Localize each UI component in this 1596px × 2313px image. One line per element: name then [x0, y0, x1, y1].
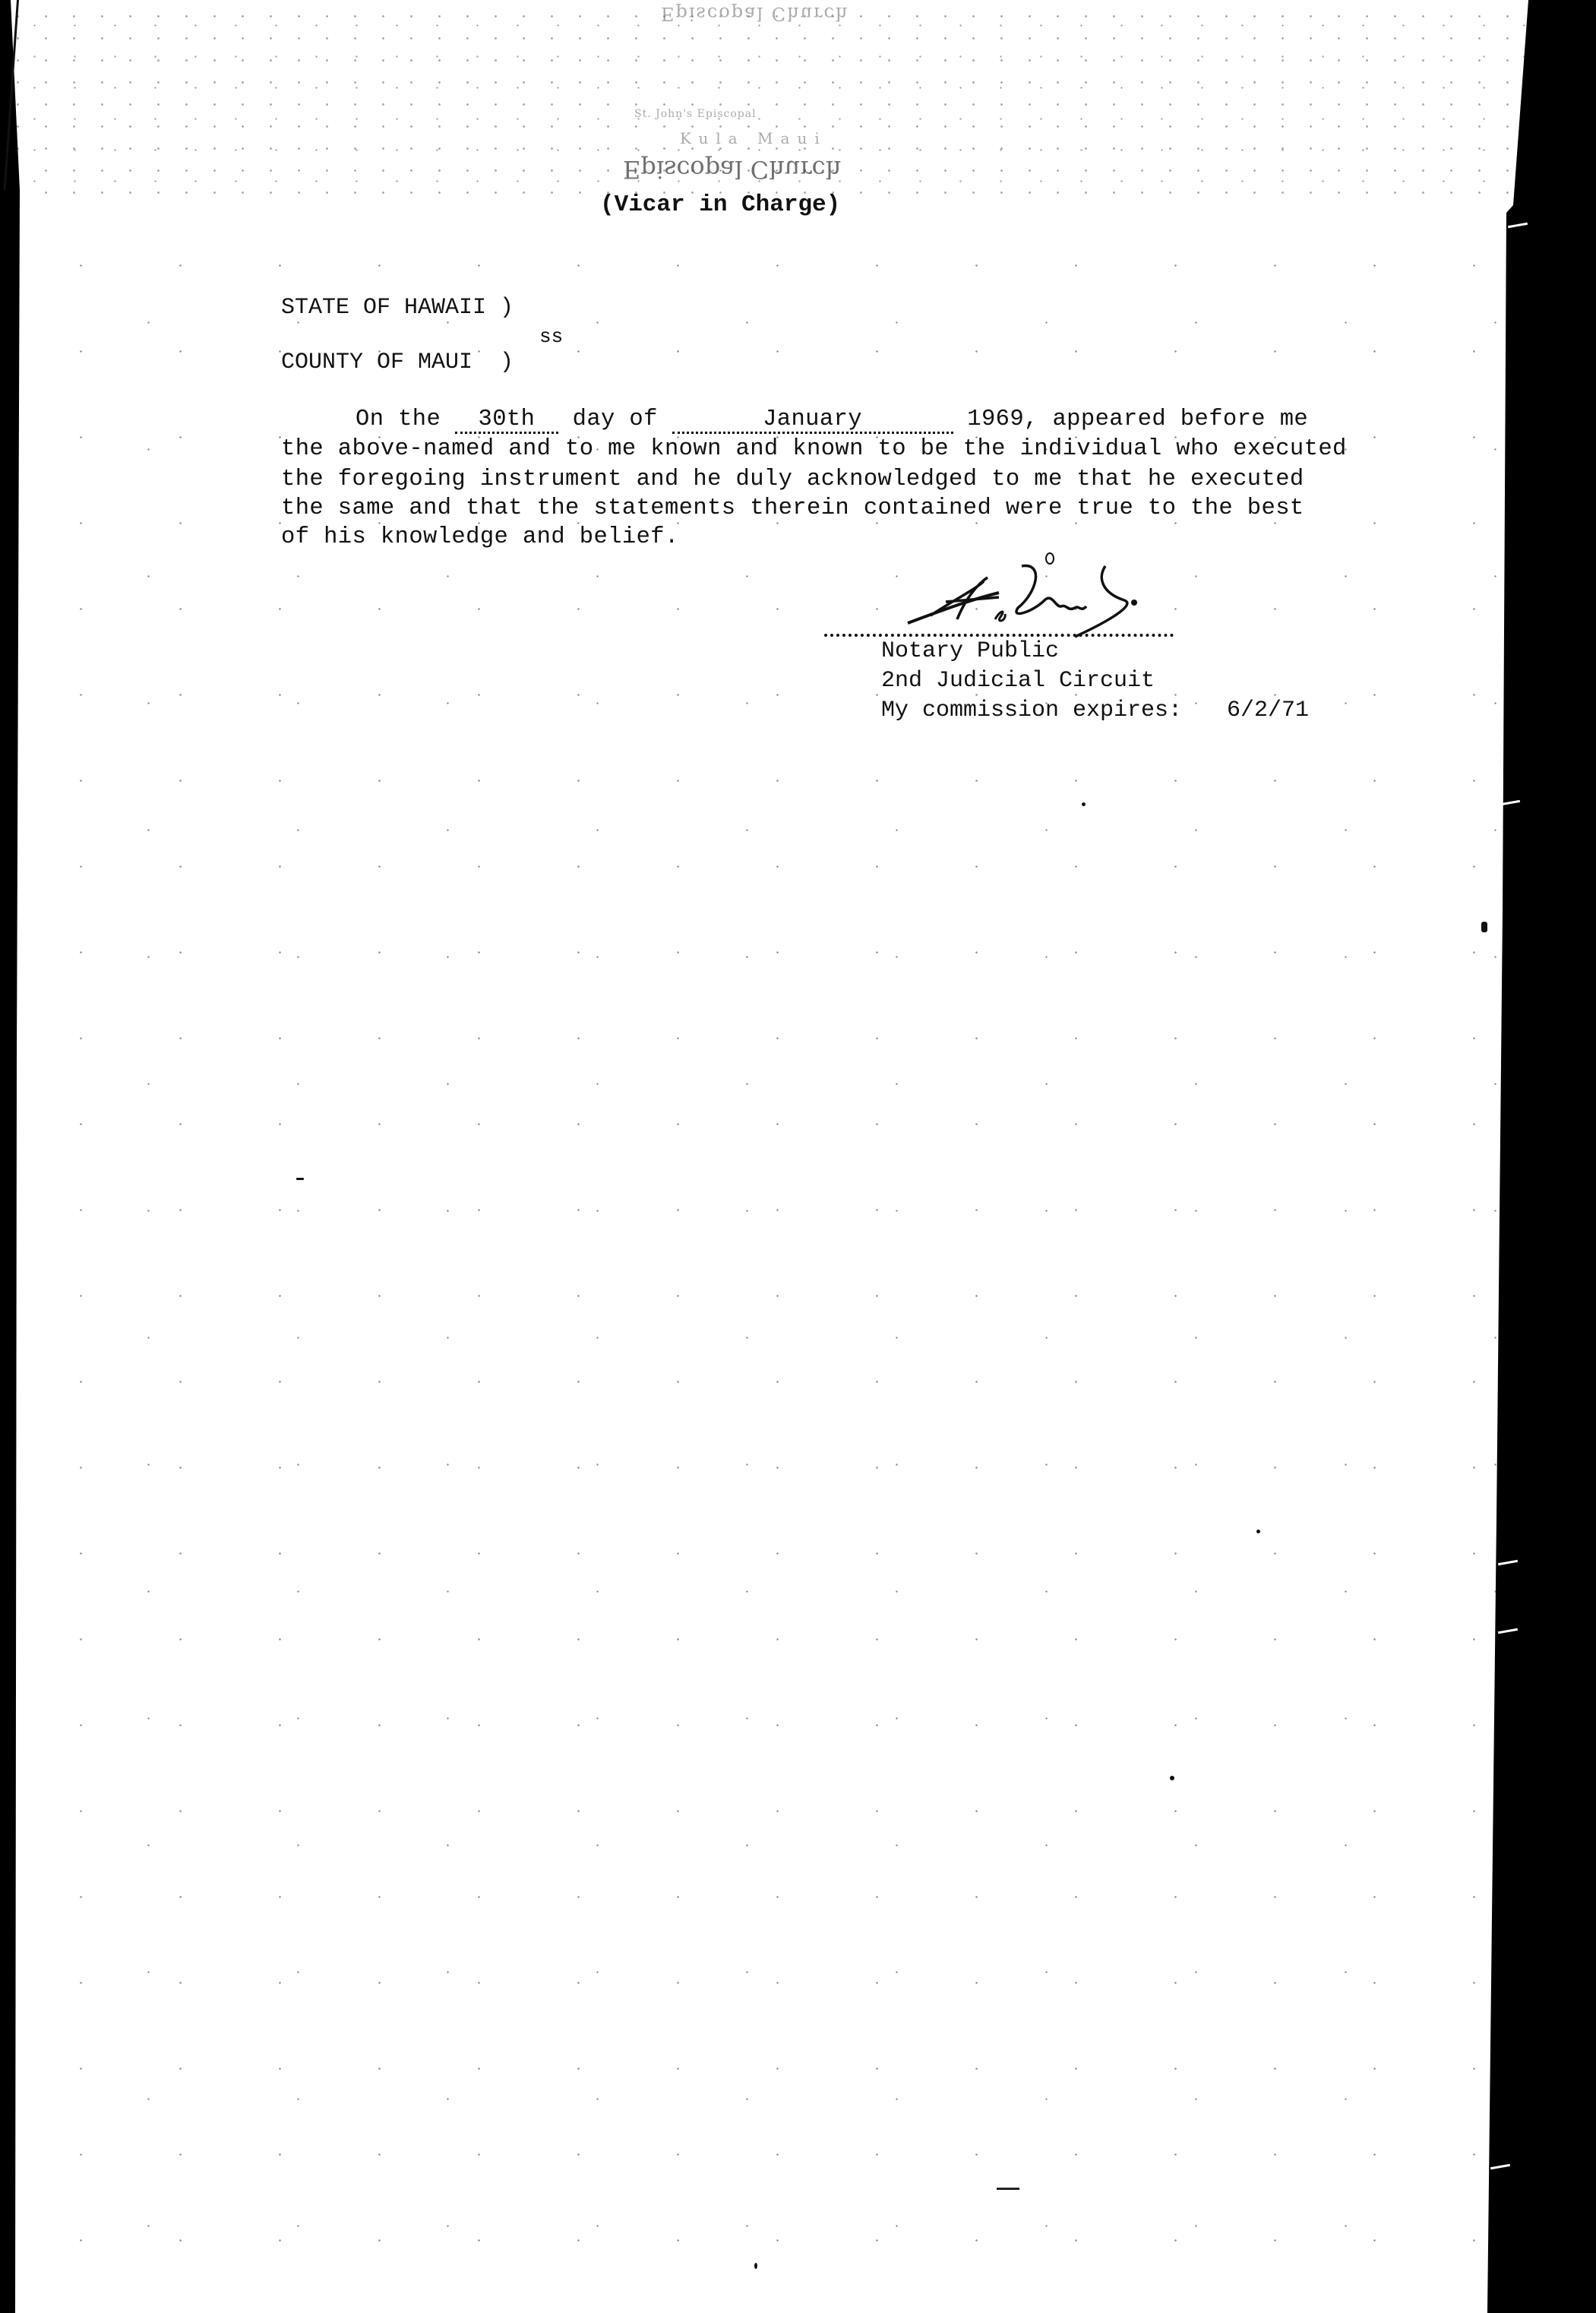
scan-dot: [1082, 802, 1086, 806]
scan-dot: [1256, 1530, 1260, 1533]
commission-expires-label: My commission expires:: [881, 698, 1182, 723]
notary-title: Notary Public: [881, 638, 1059, 664]
bleed-through-text-line3: Episcopal Church: [623, 155, 841, 184]
edge-tick: [1498, 1560, 1518, 1565]
scan-dot: [754, 2263, 757, 2269]
document-page: Episcopal Church St. John's Episcopal Ku…: [0, 0, 1596, 2313]
scan-mark: [1481, 922, 1487, 932]
edge-tick: [1500, 800, 1520, 805]
scan-noise: [0, 205, 1596, 2313]
ack-day-field: 30th: [455, 407, 558, 434]
venue-ss: ss: [539, 325, 563, 348]
acknowledgment-line-2: the above-named and to me known and know…: [281, 436, 1347, 462]
notary-signature: Handwritten notary signature: [824, 547, 1181, 646]
acknowledgment-line-4: the same and that the statements therein…: [281, 495, 1304, 521]
commission-expires-date: 6/2/71: [1227, 698, 1309, 723]
acknowledgment-line-1: On the 30th day of January 1969, appeare…: [356, 407, 1308, 434]
acknowledgment-line-3: the foregoing instrument and he duly ack…: [281, 467, 1304, 492]
scan-dot: [1170, 1776, 1174, 1780]
acknowledgment-line-5: of his knowledge and belief.: [281, 524, 679, 550]
signature-line: [824, 634, 1174, 637]
venue-state: STATE OF HAWAII ): [281, 295, 514, 321]
edge-tick: [1508, 223, 1528, 228]
ack-prefix: On the: [356, 407, 455, 432]
scan-mark: [296, 1178, 304, 1180]
ack-month-field: January: [672, 407, 953, 434]
bleed-through-text-line1: St. John's Episcopal: [634, 108, 757, 120]
notary-circuit: 2nd Judicial Circuit: [881, 668, 1155, 694]
scan-mark: [997, 2188, 1019, 2190]
bleed-through-text-line2: Kula Maui: [680, 129, 827, 147]
edge-tick: [1498, 1628, 1518, 1634]
ack-day-of: day of: [558, 407, 672, 432]
ack-year-text: 1969, appeared before me: [953, 407, 1309, 432]
bleed-through-text-top: Episcopal Church: [661, 3, 849, 24]
edge-tick: [1490, 2164, 1510, 2169]
signer-title: (Vicar in Charge): [600, 191, 840, 218]
venue-county: COUNTY OF MAUI ): [281, 350, 514, 375]
